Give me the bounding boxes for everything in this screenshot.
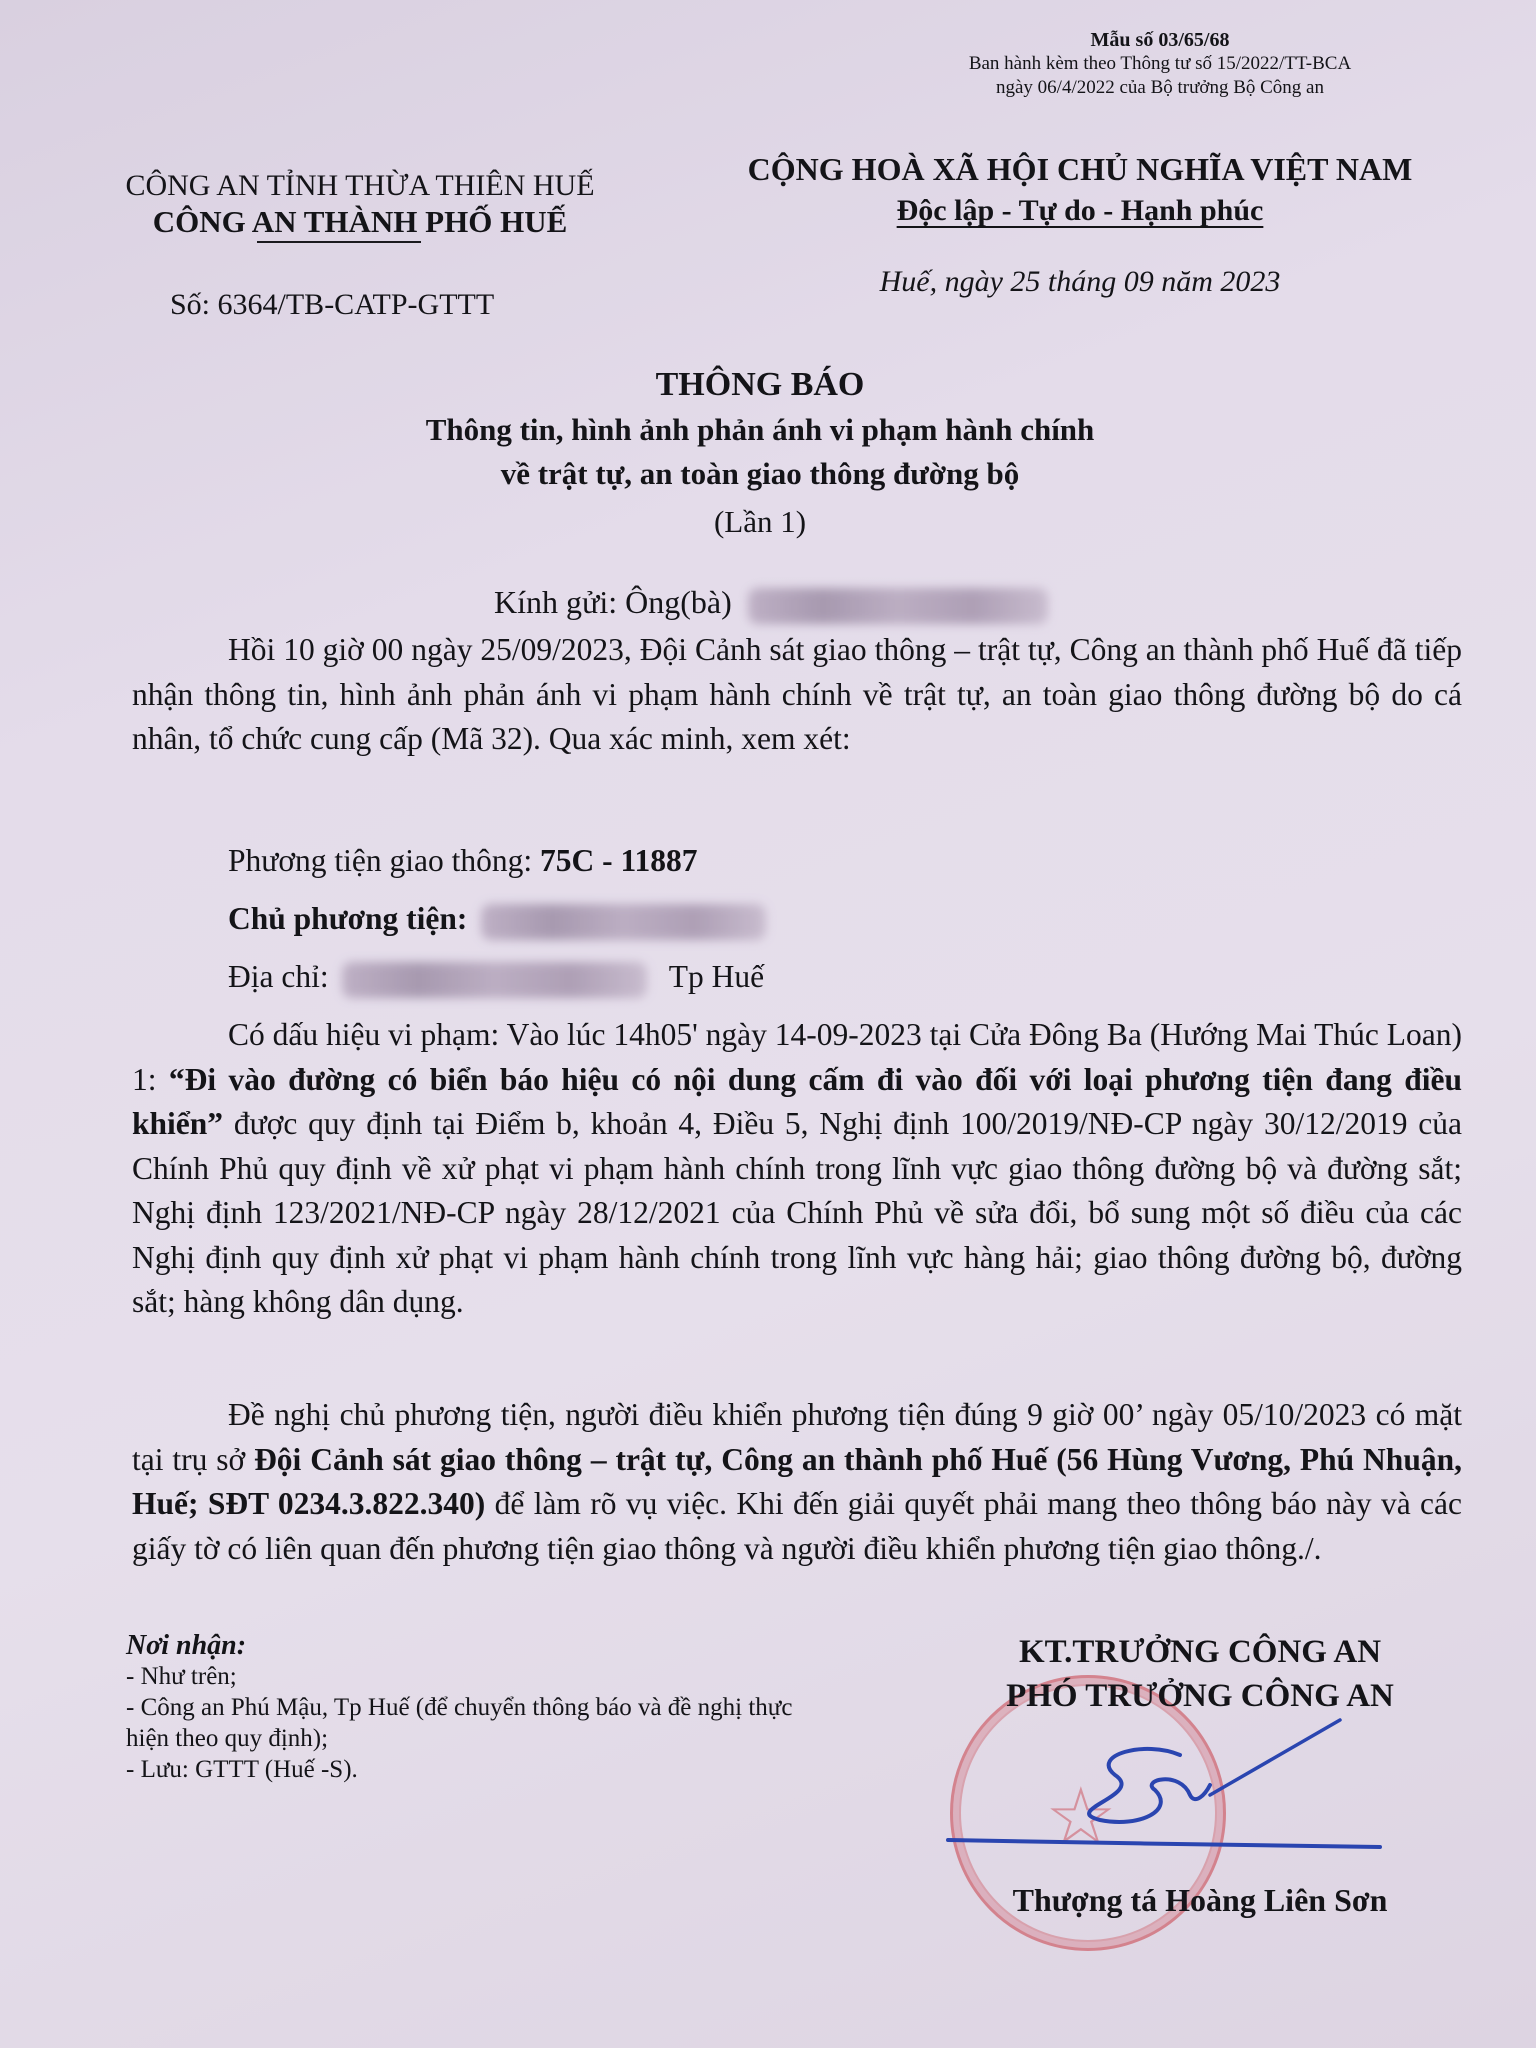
parent-org: CÔNG AN TỈNH THỪA THIÊN HUẾ <box>70 168 650 204</box>
distribution-heading: Nơi nhận: <box>126 1630 826 1661</box>
national-header: CỘNG HOÀ XÃ HỘI CHỦ NGHĨA VIỆT NAM Độc l… <box>690 148 1470 232</box>
request-paragraph: Đề nghị chủ phương tiện, người điều khiể… <box>132 1393 1462 1571</box>
address-city: Tp Huế <box>669 959 764 994</box>
vehicle-plate-row: Phương tiện giao thông: 75C - 11887 <box>228 832 697 890</box>
vehicle-owner-row: Chủ phương tiện: <box>228 890 766 948</box>
document-number: Số: 6364/TB-CATP-GTTT <box>170 288 494 322</box>
redacted-owner-name <box>481 904 766 940</box>
country-name: CỘNG HOÀ XÃ HỘI CHỦ NGHĨA VIỆT NAM <box>690 148 1470 190</box>
attempt-number: (Lần 1) <box>300 496 1220 548</box>
distribution-item: - Công an Phú Mậu, Tp Huế (để chuyển thô… <box>126 1692 826 1754</box>
distribution-list: Nơi nhận: - Như trên; - Công an Phú Mậu,… <box>126 1630 826 1785</box>
distribution-item: - Lưu: GTTT (Huế -S). <box>126 1754 826 1785</box>
redacted-recipient-name <box>748 588 1048 624</box>
issuer-block: CÔNG AN TỈNH THỪA THIÊN HUẾ CÔNG AN THÀN… <box>70 168 650 240</box>
plate-value: 75C - 11887 <box>540 843 698 878</box>
signature-title-1: KT.TRƯỞNG CÔNG AN <box>920 1630 1480 1674</box>
place-date: Huế, ngày 25 tháng 09 năm 2023 <box>690 265 1470 299</box>
address-label: Địa chỉ: <box>228 959 329 994</box>
national-motto: Độc lập - Tự do - Hạnh phúc <box>690 190 1470 232</box>
violation-legal-basis: được quy định tại Điểm b, khoản 4, Điều … <box>132 1106 1462 1319</box>
form-number: Mẫu số 03/65/68 <box>880 28 1440 52</box>
signer-name: Thượng tá Hoàng Liên Sơn <box>920 1882 1480 1919</box>
issued-with: Ban hành kèm theo Thông tư số 15/2022/TT… <box>880 52 1440 76</box>
owner-label: Chủ phương tiện: <box>228 901 467 936</box>
intro-text: Hồi 10 giờ 00 ngày 25/09/2023, Đội Cảnh … <box>132 628 1462 762</box>
issuing-org: CÔNG AN THÀNH PHỐ HUẾ <box>70 204 650 240</box>
intro-paragraph: Hồi 10 giờ 00 ngày 25/09/2023, Đội Cảnh … <box>132 628 1462 762</box>
signature-title-2: PHÓ TRƯỞNG CÔNG AN <box>920 1674 1480 1718</box>
signature-block: KT.TRƯỞNG CÔNG AN PHÓ TRƯỞNG CÔNG AN Thư… <box>920 1630 1480 1718</box>
distribution-item: - Như trên; <box>126 1661 826 1692</box>
title-heading: THÔNG BÁO <box>300 362 1220 408</box>
title-subtitle-1: Thông tin, hình ảnh phản ánh vi phạm hàn… <box>300 408 1220 452</box>
issued-date: ngày 06/4/2022 của Bộ trưởng Bộ Công an <box>880 76 1440 100</box>
title-subtitle-2: về trật tự, an toàn giao thông đường bộ <box>300 452 1220 496</box>
plate-label: Phương tiện giao thông: <box>228 843 532 878</box>
handwritten-signature <box>940 1700 1420 1880</box>
recipient-line: Kính gửi: Ông(bà) <box>494 584 1048 624</box>
recipient-label: Kính gửi: Ông(bà) <box>494 584 732 620</box>
document-title: THÔNG BÁO Thông tin, hình ảnh phản ánh v… <box>300 362 1220 548</box>
vehicle-address-row: Địa chỉ: Tp Huế <box>228 948 764 1006</box>
issuer-underline <box>257 241 421 243</box>
violation-paragraph: Có dấu hiệu vi phạm: Vào lúc 14h05' ngày… <box>132 1013 1462 1325</box>
form-header: Mẫu số 03/65/68 Ban hành kèm theo Thông … <box>880 28 1440 100</box>
redacted-address <box>342 962 647 998</box>
